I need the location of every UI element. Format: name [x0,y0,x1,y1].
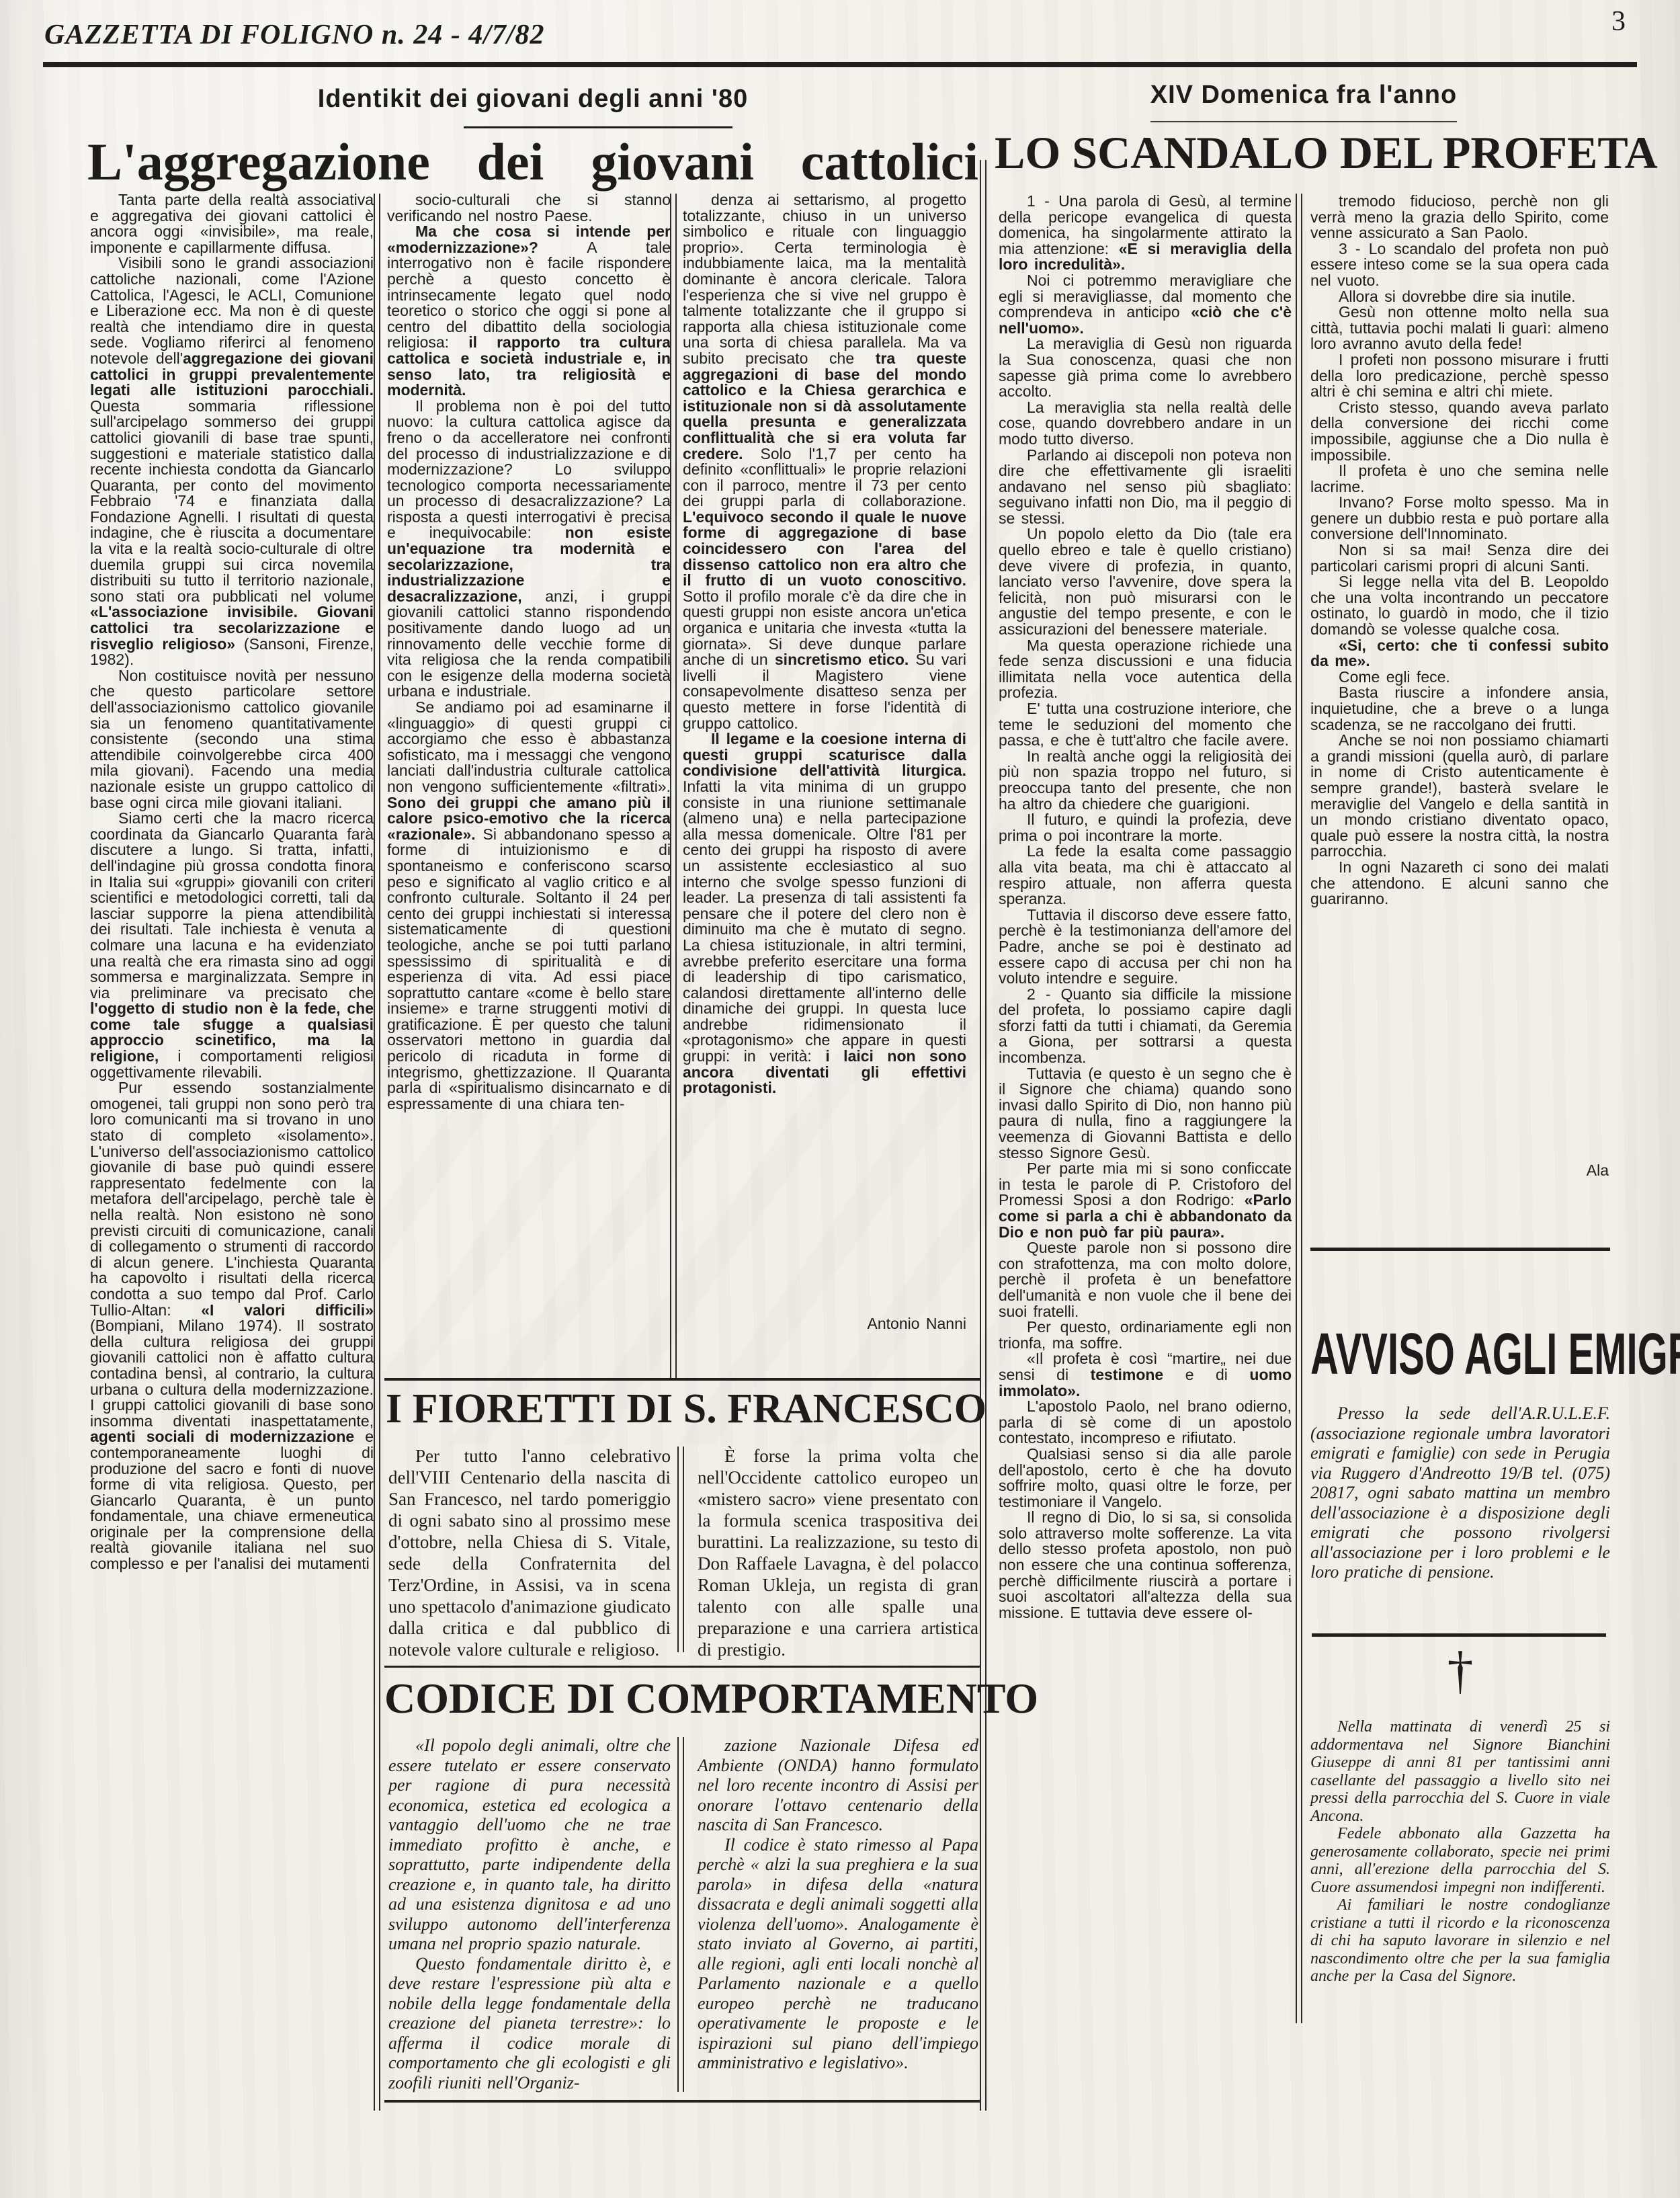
paragraph: «Si, certo: che ti confessi subito da me… [1310,638,1609,669]
paragraph: La meraviglia di Gesù non riguarda la Su… [999,336,1292,399]
paragraph: Il problema non è poi del tutto nuovo: l… [387,399,671,700]
right-article-column-1: 1 - Una parola di Gesù, al termine della… [999,194,1292,1621]
paragraph: 3 - Lo scandalo del profeta non può esse… [1310,241,1609,289]
paragraph: Per questo, ordinariamente egli non trio… [999,1319,1292,1351]
paragraph: Parlando ai discepoli non poteva non dir… [999,448,1292,527]
paragraph: In ogni Nazareth ci sono dei malati che … [1310,860,1609,907]
paragraph: Questo fondamentale diritto è, e deve re… [388,1954,671,2093]
column-rule [1296,194,1302,2023]
paragraph: Per tutto l'anno celebrativo dell'VIII C… [388,1445,671,1660]
paragraph: I profeti non possono misurare i frutti … [1310,352,1609,400]
column-rule [374,194,380,2111]
page-number: 3 [1611,5,1626,38]
paragraph: Tanta parte della realtà associativa e a… [90,192,374,255]
paragraph: La meraviglia sta nella realtà delle cos… [999,400,1292,448]
paragraph: «Il popolo degli animali, oltre che esse… [388,1736,671,1954]
paragraph: Cristo stesso, quando aveva parlato dell… [1310,400,1609,463]
avviso-bottom-rule [1312,1633,1606,1637]
fioretti-column-1: Per tutto l'anno celebrativo dell'VIII C… [388,1445,671,1660]
fioretti-bottom-rule [384,1666,980,1668]
left-article-column-3: denza ai settarismo, al progetto totaliz… [683,192,966,1096]
paragraph: La fede la esalta come passaggio alla vi… [999,844,1292,907]
left-article-headline: L'aggregazione dei giovani cattolici [87,134,978,189]
codice-column-2: zazione Nazionale Difesa ed Ambiente (ON… [698,1736,978,2073]
paragraph: Siamo certi che la macro ricerca coordin… [90,811,374,1080]
paragraph: denza ai settarismo, al progetto totaliz… [683,192,966,731]
paragraph: Come egli fece. [1310,669,1609,686]
masthead: GAZZETTA DI FOLIGNO n. 24 - 4/7/82 [44,19,545,51]
left-article-kicker: Identikit dei giovani degli anni '80 [87,85,978,114]
paragraph: Gesù non ottenne molto nella sua città, … [1310,304,1609,352]
right-article-headline: LO SCANDALO DEL PROFETA [995,129,1613,177]
paragraph: In realtà anche oggi la religiosità dei … [999,749,1292,812]
paragraph: Il regno di Dio, lo si sa, si consolida … [999,1510,1292,1621]
paragraph: L'apostolo Paolo, nel brano odierno, par… [999,1399,1292,1447]
paragraph: Un popolo eletto da Dio (tale era quello… [999,526,1292,637]
newspaper-page: GAZZETTA DI FOLIGNO n. 24 - 4/7/82 3 Ide… [0,0,1680,2198]
codice-bottom-rule [384,2100,980,2103]
codice-column-1: «Il popolo degli animali, oltre che esse… [388,1736,671,2092]
paragraph: Invano? Forse molto spesso. Ma in genere… [1310,495,1609,542]
paragraph: Ma che cosa si intende per «modernizzazi… [387,224,671,399]
paragraph: Noi ci potremmo meravigliare che egli si… [999,273,1292,336]
paragraph: Si legge nella vita del B. Leopoldo che … [1310,574,1609,637]
paragraph: È forse la prima volta che nell'Occident… [698,1445,978,1660]
paragraph: Queste parole non si possono dire con st… [999,1240,1292,1319]
column-rule [677,1447,684,1652]
paragraph: Presso la sede dell'A.R.U.L.E.F. (associ… [1310,1403,1610,1582]
paragraph: 1 - Una parola di Gesù, al termine della… [999,194,1292,273]
left-article-byline: Antonio Nanni [683,1316,966,1332]
paragraph: Se andiamo poi ad esaminarne il «linguag… [387,700,671,1112]
fioretti-column-2: È forse la prima volta che nell'Occident… [698,1445,978,1660]
latin-cross-icon: † [1310,1640,1610,1701]
fioretti-headline: I FIORETTI DI S. FRANCESCO [386,1387,978,1430]
avviso-headline: AVVISO AGLI EMIGRATI [1310,1326,1610,1384]
paragraph: Fedele abbonato alla Gazzetta ha generos… [1310,1825,1610,1896]
paragraph: Il profeta è uno che semina nelle lacrim… [1310,463,1609,495]
paragraph: Basta riuscire a infondere ansia, inquie… [1310,685,1609,733]
right-article-kicker: XIV Domenica fra l'anno [995,81,1613,110]
paragraph: Il futuro, e quindi la profezia, deve pr… [999,812,1292,844]
paragraph: Il legame e la coesione interna di quest… [683,731,966,1096]
paragraph: Non si sa mai! Senza dire dei particolar… [1310,542,1609,574]
paragraph: «Il profeta è così “martire„ nei due sen… [999,1351,1292,1399]
paragraph: E' tutta una costruzione interiore, che … [999,701,1292,749]
codice-headline: CODICE DI COMPORTAMENTO [384,1676,980,1721]
column-rule [670,194,677,1378]
avviso-body: Presso la sede dell'A.R.U.L.E.F. (associ… [1310,1403,1610,1582]
paragraph: Pur essendo sostanzialmente omogenei, ta… [90,1080,374,1572]
paragraph: Tuttavia il discorso deve essere fatto, … [999,907,1292,987]
fioretti-top-rule [384,1378,980,1381]
left-article-column-2: socio-culturali che si stanno verificand… [387,192,671,1112]
paragraph: Per parte mia mi si sono conficcate in t… [999,1161,1292,1240]
column-rule [677,1737,684,2092]
avviso-top-rule [1310,1248,1610,1251]
paragraph: Anche se noi non possiamo chiamarti a gr… [1310,733,1609,860]
paragraph: Nella mattinata di venerdì 25 si addorme… [1310,1718,1610,1825]
top-rule [43,62,1637,67]
paragraph: zazione Nazionale Difesa ed Ambiente (ON… [698,1736,978,1835]
paragraph: Non costituisce novità per nessuno che q… [90,668,374,811]
paragraph: Tuttavia (e questo è un segno che è il S… [999,1066,1292,1162]
right-article-byline: Ala [1310,1163,1609,1179]
paragraph: Il codice è stato rimesso al Papa perchè… [698,1835,978,2073]
paragraph: Visibili sono le grandi associazioni cat… [90,255,374,667]
paragraph: Qualsiasi senso si dia alle parole dell'… [999,1447,1292,1510]
paragraph: Ai familiari le nostre condoglianze cris… [1310,1896,1610,1986]
right-article-column-2: tremodo fiducioso, perchè non gli verrà … [1310,194,1609,907]
paragraph: 2 - Quanto sia difficile la missione del… [999,987,1292,1066]
paragraph: Allora si dovrebbe dire sia inutile. [1310,289,1609,305]
left-article-column-1: Tanta parte della realtà associativa e a… [90,192,374,1572]
section-divider-rule [980,160,986,2111]
paragraph: Ma questa operazione richiede una fede s… [999,638,1292,701]
left-kicker-underline [464,126,732,128]
right-kicker-underline [1150,121,1457,122]
obituary-body: Nella mattinata di venerdì 25 si addorme… [1310,1718,1610,1986]
paragraph: tremodo fiducioso, perchè non gli verrà … [1310,194,1609,241]
paragraph: socio-culturali che si stanno verificand… [387,192,671,224]
